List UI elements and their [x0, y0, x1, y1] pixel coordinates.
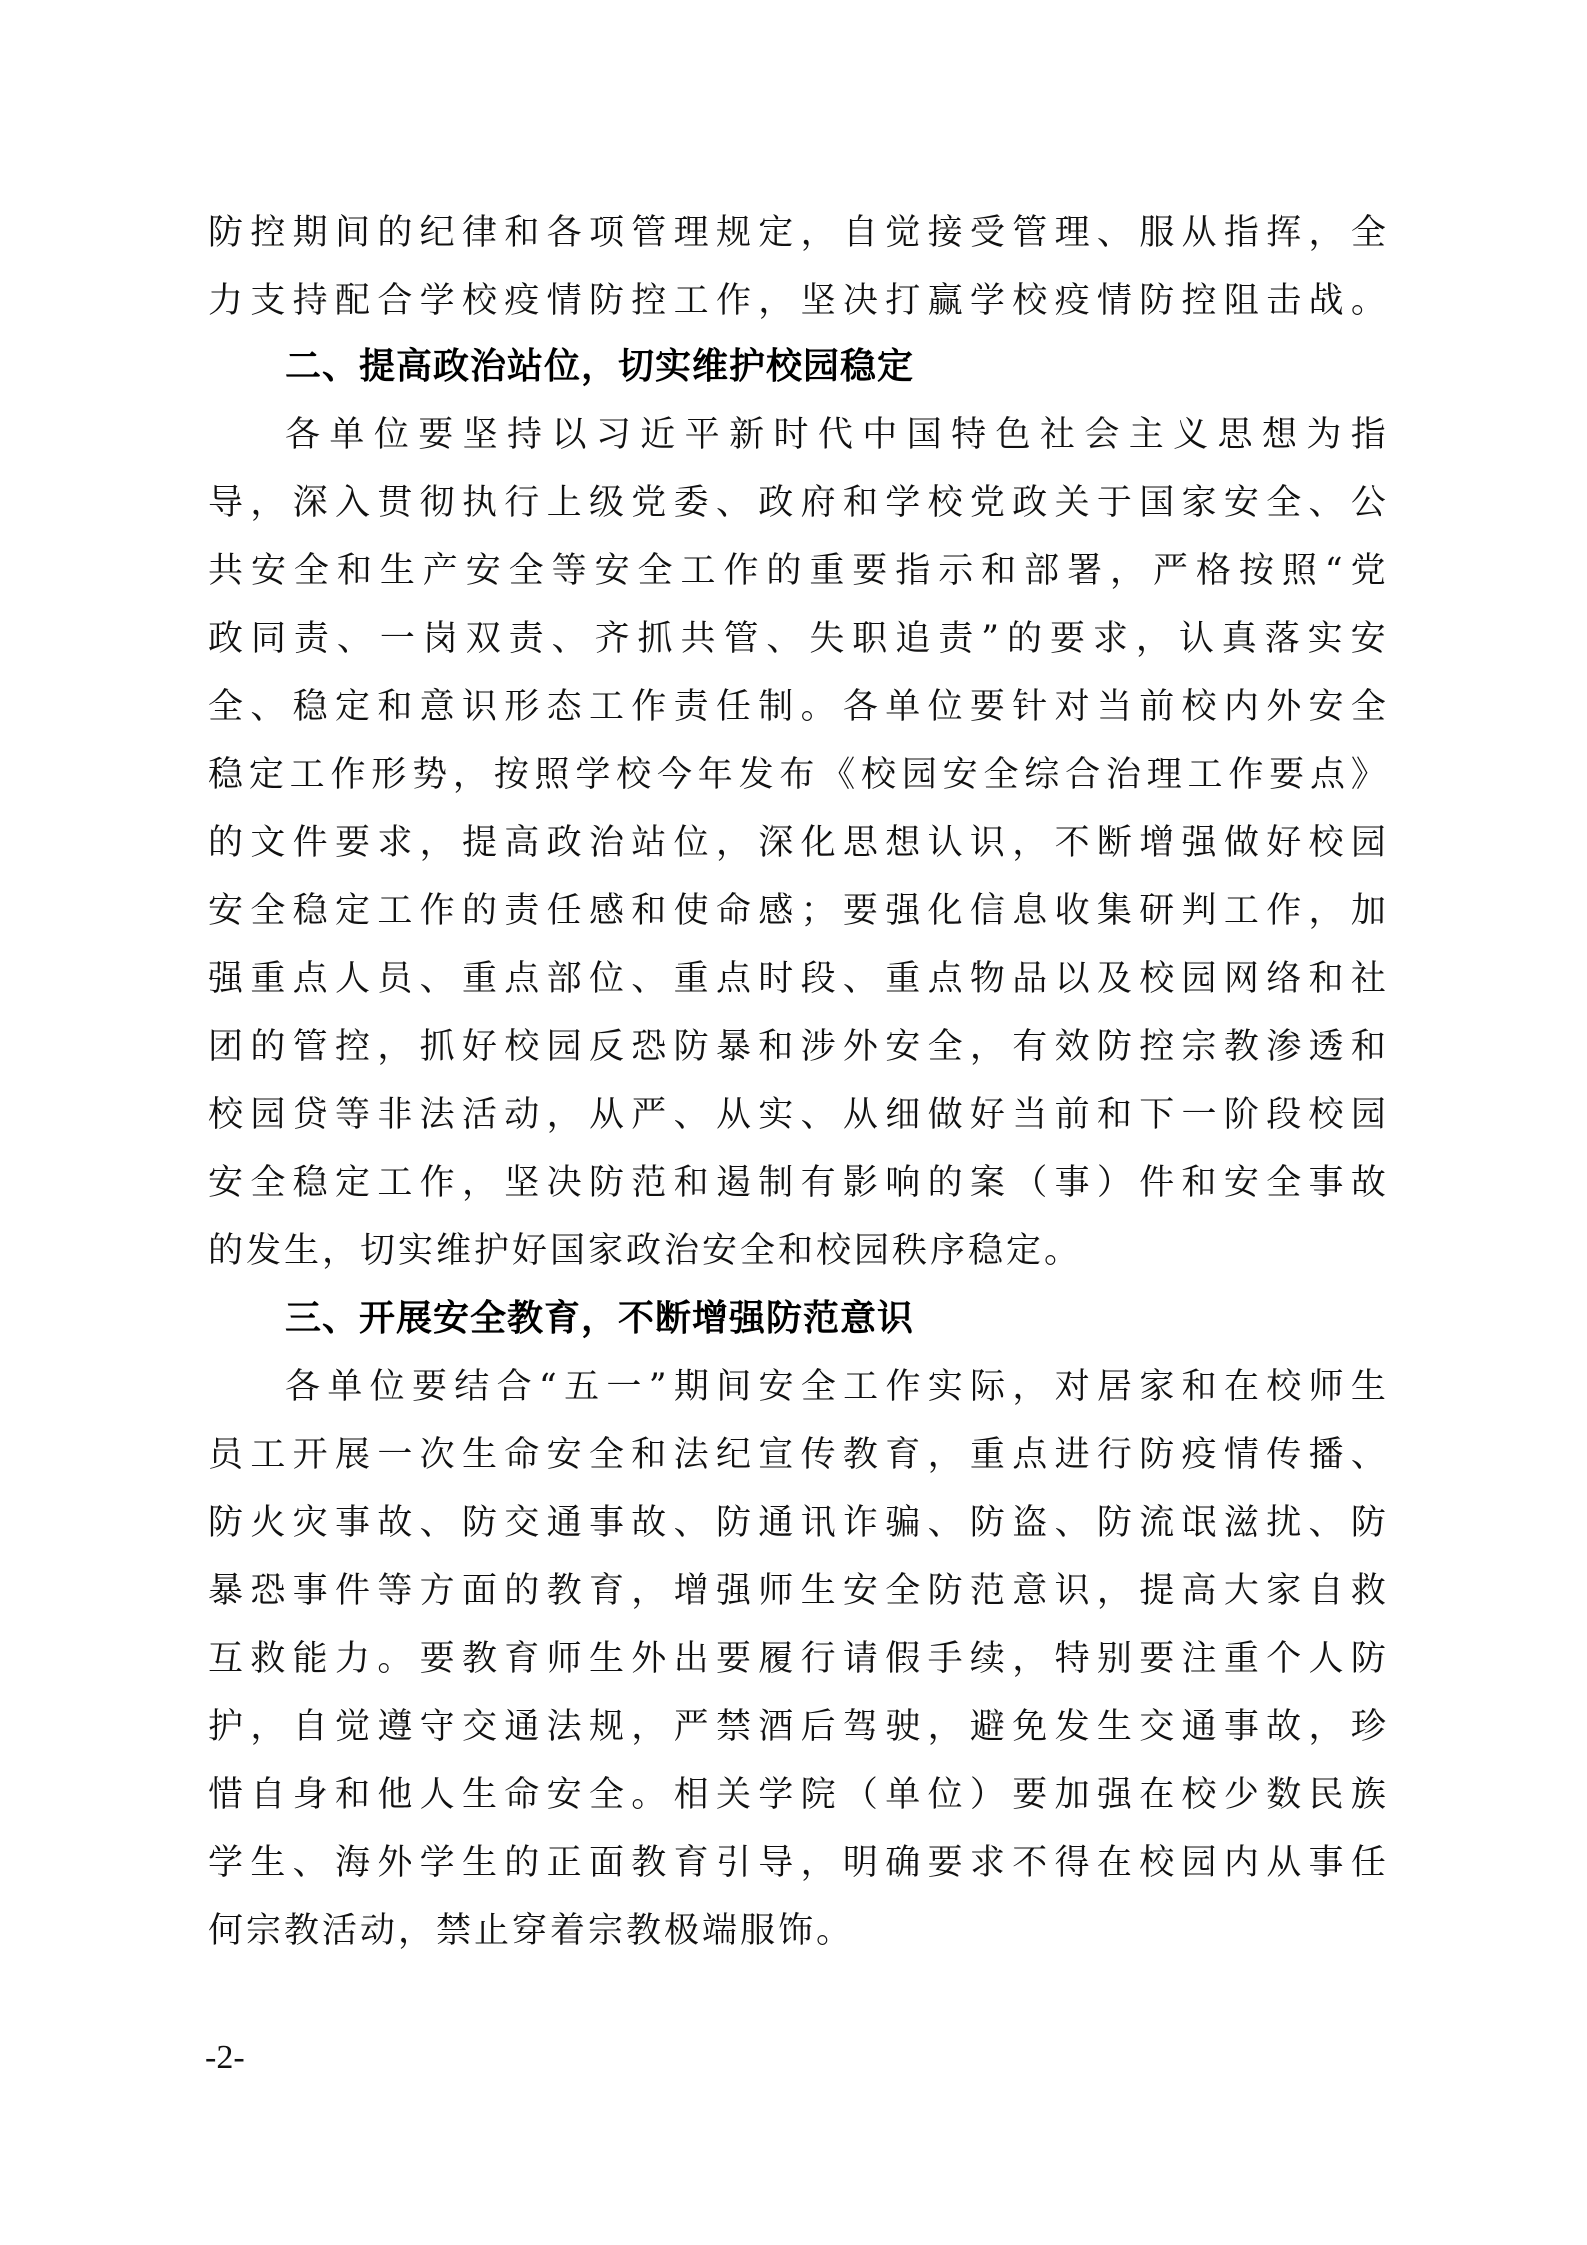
paragraph-line: 共安全和生产安全等安全工作的重要指示和部署，严格按照“党	[208, 546, 1386, 596]
paragraph-line: 何宗教活动，禁止穿着宗教极端服饰。	[208, 1906, 1386, 1956]
paragraph-line: 强重点人员、重点部位、重点时段、重点物品以及校园网络和社	[208, 954, 1386, 1004]
paragraph-line: 防控期间的纪律和各项管理规定，自觉接受管理、服从指挥，全	[208, 208, 1386, 258]
paragraph-line: 各单位要坚持以习近平新时代中国特色社会主义思想为指	[285, 410, 1386, 460]
paragraph-line: 的文件要求，提高政治站位，深化思想认识，不断增强做好校园	[208, 818, 1386, 868]
paragraph-line: 惜自身和他人生命安全。相关学院（单位）要加强在校少数民族	[208, 1770, 1386, 1820]
paragraph-line: 导，深入贯彻执行上级党委、政府和学校党政关于国家安全、公	[208, 478, 1386, 528]
paragraph-line: 各单位要结合“五一”期间安全工作实际，对居家和在校师生	[285, 1362, 1386, 1412]
page-number: -2-	[205, 2038, 245, 2078]
paragraph-line: 力支持配合学校疫情防控工作，坚决打赢学校疫情防控阻击战。	[208, 276, 1386, 326]
paragraph-line: 护，自觉遵守交通法规，严禁酒后驾驶，避免发生交通事故，珍	[208, 1702, 1386, 1752]
paragraph-line: 稳定工作形势，按照学校今年发布《校园安全综合治理工作要点》	[208, 750, 1386, 800]
paragraph-line: 的发生，切实维护好国家政治安全和校园秩序稳定。	[208, 1226, 1386, 1276]
paragraph-line: 互救能力。要教育师生外出要履行请假手续，特别要注重个人防	[208, 1634, 1386, 1684]
paragraph-line: 全、稳定和意识形态工作责任制。各单位要针对当前校内外安全	[208, 682, 1386, 732]
section-heading: 二、提高政治站位，切实维护校园稳定	[285, 342, 914, 392]
paragraph-line: 员工开展一次生命安全和法纪宣传教育，重点进行防疫情传播、	[208, 1430, 1386, 1480]
section-heading: 三、开展安全教育，不断增强防范意识	[285, 1294, 914, 1344]
paragraph-line: 暴恐事件等方面的教育，增强师生安全防范意识，提高大家自救	[208, 1566, 1386, 1616]
document-page: 防控期间的纪律和各项管理规定，自觉接受管理、服从指挥，全 力支持配合学校疫情防控…	[0, 0, 1587, 2245]
paragraph-line: 政同责、一岗双责、齐抓共管、失职追责”的要求，认真落实安	[208, 614, 1386, 664]
paragraph-line: 学生、海外学生的正面教育引导，明确要求不得在校园内从事任	[208, 1838, 1386, 1888]
paragraph-line: 安全稳定工作，坚决防范和遏制有影响的案（事）件和安全事故	[208, 1158, 1386, 1208]
paragraph-line: 防火灾事故、防交通事故、防通讯诈骗、防盗、防流氓滋扰、防	[208, 1498, 1386, 1548]
paragraph-line: 团的管控，抓好校园反恐防暴和涉外安全，有效防控宗教渗透和	[208, 1022, 1386, 1072]
paragraph-line: 校园贷等非法活动，从严、从实、从细做好当前和下一阶段校园	[208, 1090, 1386, 1140]
paragraph-line: 安全稳定工作的责任感和使命感；要强化信息收集研判工作，加	[208, 886, 1386, 936]
